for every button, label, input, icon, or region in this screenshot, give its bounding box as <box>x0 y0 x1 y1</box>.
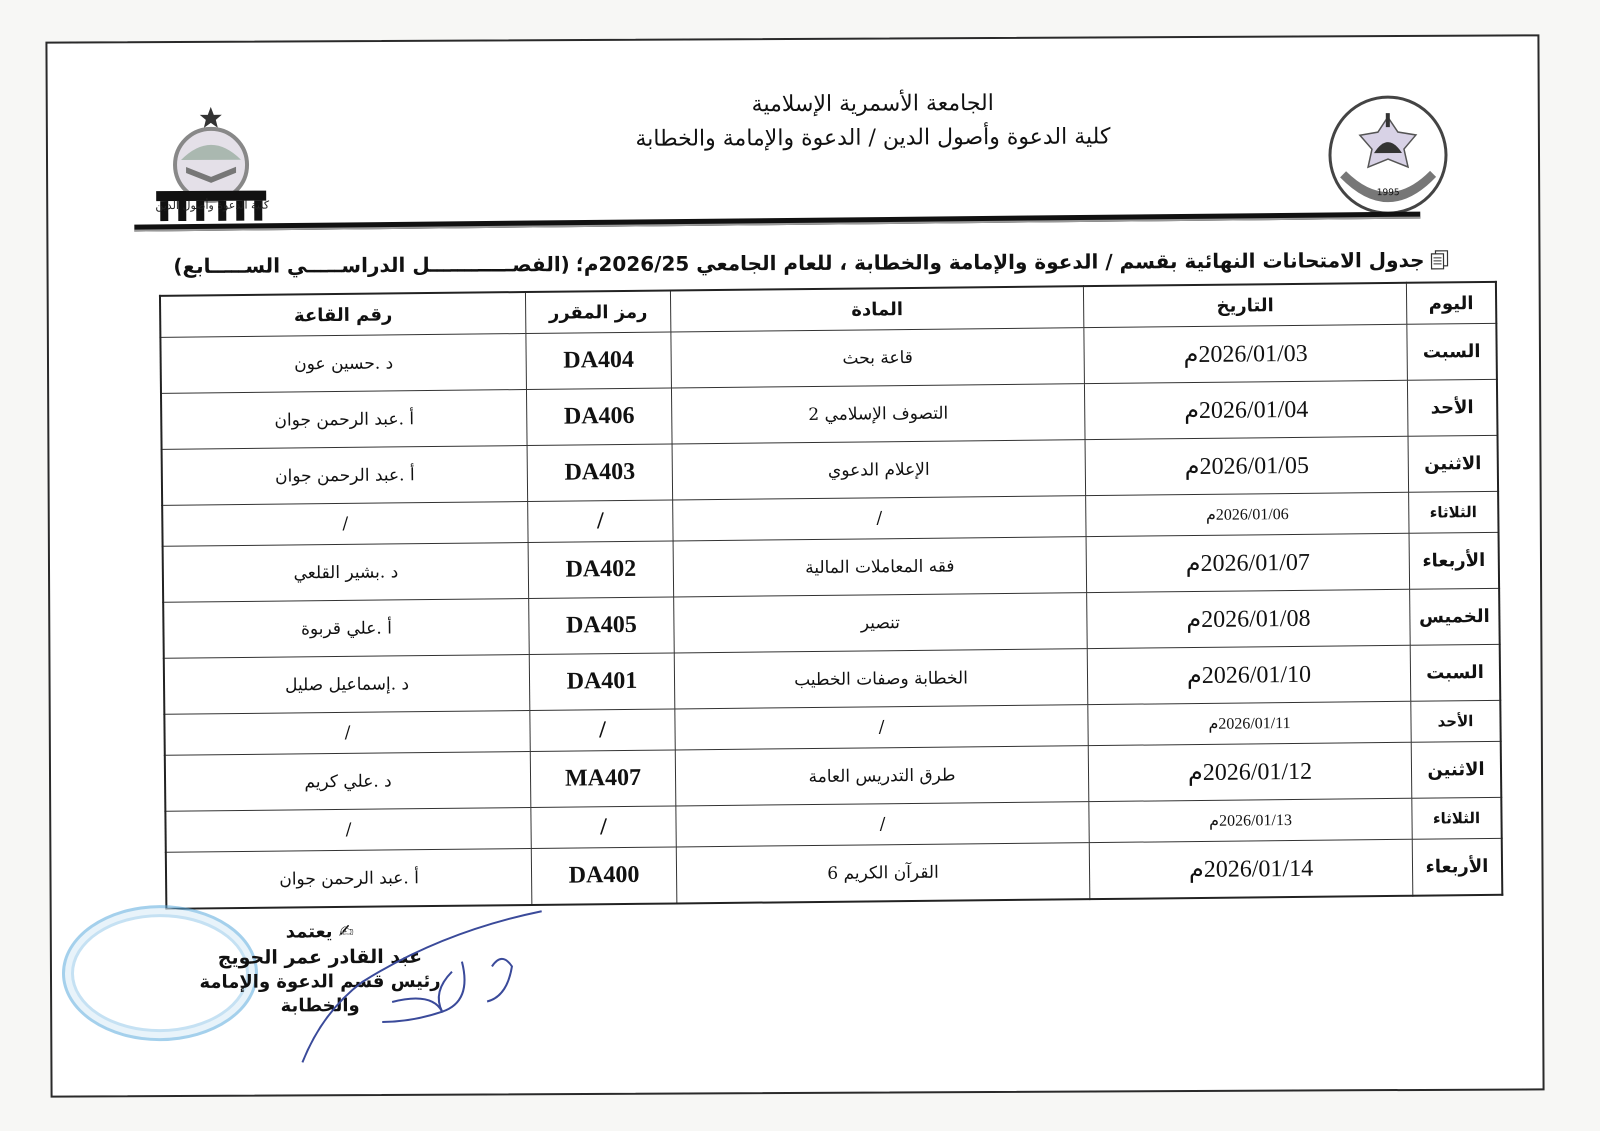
header-date: التاريخ <box>1083 283 1406 328</box>
cell-subject: الإعلام الدعوي <box>672 440 1086 500</box>
cell-room: / <box>162 501 528 546</box>
cell-room: د .بشير القلعي <box>163 542 529 602</box>
cell-day: الخميس <box>1410 588 1500 645</box>
cell-code: DA406 <box>526 388 672 446</box>
signature-icon <box>241 871 562 1073</box>
cell-date: 2026/01/14م <box>1089 839 1413 899</box>
cell-room: / <box>164 710 530 755</box>
cell-code: DA403 <box>527 444 673 502</box>
cell-subject: فقه المعاملات المالية <box>673 537 1087 597</box>
cell-date: 2026/01/12م <box>1088 742 1412 801</box>
cell-code: / <box>531 806 676 849</box>
cell-subject: قاعة بحث <box>671 328 1085 388</box>
cell-day: الثلاثاء <box>1412 797 1502 839</box>
cell-room: أ .عبد الرحمن جوان <box>162 445 528 505</box>
cell-day: السبت <box>1410 644 1500 701</box>
cell-code: / <box>530 709 675 752</box>
cell-subject: القرآن الكريم 6 <box>676 843 1090 904</box>
cell-subject: / <box>676 802 1089 847</box>
cell-room: د .حسين عون <box>160 334 526 394</box>
cell-day: الأحد <box>1411 700 1501 742</box>
header-divider <box>134 212 1420 232</box>
cell-day: الاثنين <box>1408 435 1498 492</box>
cell-code: DA401 <box>529 653 675 711</box>
cell-date: 2026/01/04م <box>1084 380 1408 439</box>
cell-room: د .إسماعيل صليل <box>164 654 530 714</box>
cell-date: 2026/01/03م <box>1084 324 1408 383</box>
cell-code: DA405 <box>529 597 675 655</box>
cell-date: 2026/01/08م <box>1087 589 1411 648</box>
schedule-title: جدول الامتحانات النهائية بقسم / الدعوة و… <box>133 245 1448 281</box>
cell-code: MA407 <box>530 750 676 808</box>
cell-day: الاثنين <box>1411 741 1501 798</box>
cell-day: السبت <box>1407 323 1497 380</box>
schedule-title-main: جدول الامتحانات النهائية بقسم / الدعوة و… <box>576 245 1425 279</box>
header-subject: المادة <box>670 286 1083 332</box>
cell-room: د .علي كريم <box>165 751 531 811</box>
cell-date: 2026/01/06م <box>1086 492 1409 536</box>
cell-code: / <box>528 500 673 543</box>
cell-day: الأربعاء <box>1409 532 1499 589</box>
header-room: رقم القاعة <box>160 292 526 337</box>
cell-subject: الخطابة وصفات الخطيب <box>674 649 1088 709</box>
document-icon <box>1430 250 1448 270</box>
schedule-title-semester: (الفصــــــــــــل الدراســـــي الســـــ… <box>173 249 570 281</box>
cell-subject: طرق التدريس العامة <box>675 746 1089 806</box>
cell-date: 2026/01/07م <box>1086 533 1410 592</box>
cell-subject: / <box>673 496 1086 541</box>
cell-code: DA404 <box>526 332 672 390</box>
exam-schedule-table: اليوم التاريخ المادة رمز المقرر رقم القا… <box>159 281 1503 910</box>
document-page: الجامعة الأسمرية الإسلامية كلية الدعوة و… <box>45 34 1544 1097</box>
cell-subject: التصوف الإسلامي 2 <box>671 384 1085 444</box>
cell-room: أ .علي قربوة <box>163 598 529 658</box>
cell-room: أ .عبد الرحمن جوان <box>161 390 527 450</box>
cell-date: 2026/01/10م <box>1087 645 1411 704</box>
cell-date: 2026/01/13م <box>1089 798 1412 842</box>
cell-date: 2026/01/11م <box>1088 701 1411 745</box>
cell-day: الثلاثاء <box>1409 491 1499 533</box>
header-day: اليوم <box>1406 282 1496 324</box>
cell-date: 2026/01/05م <box>1085 436 1409 495</box>
svg-text:1995: 1995 <box>1377 188 1400 198</box>
university-logo-icon: 1995 <box>1318 87 1459 228</box>
cell-room: / <box>165 807 531 852</box>
cell-code: DA402 <box>528 541 674 599</box>
cell-day: الأربعاء <box>1412 838 1502 895</box>
cell-subject: تنصير <box>674 593 1088 653</box>
cell-day: الأحد <box>1407 379 1497 436</box>
header-code: رمز المقرر <box>525 290 670 333</box>
college-logo-caption: كلية الدعوة وأصول الدين <box>152 199 272 213</box>
cell-subject: / <box>675 705 1088 750</box>
